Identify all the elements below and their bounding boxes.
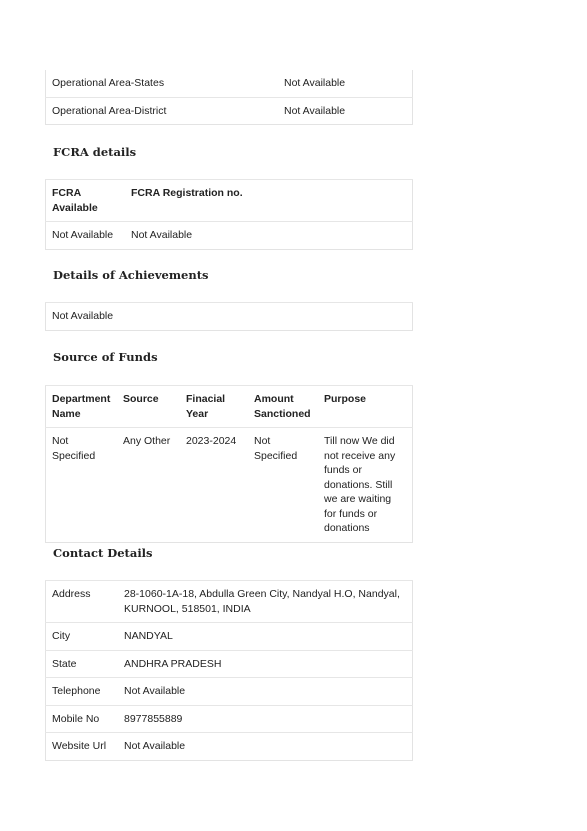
row-label: City: [46, 623, 119, 651]
row-label: Telephone: [46, 678, 119, 706]
table-header-row: FCRA Available FCRA Registration no.: [46, 180, 413, 222]
row-value: Not Available: [118, 678, 413, 706]
table-row: Not Available: [46, 303, 413, 331]
cell-amount: Not Specified: [248, 428, 318, 543]
cell-fcra-available: Not Available: [46, 222, 126, 250]
row-label: Operational Area-States: [46, 70, 279, 97]
funds-heading: Source of Funds: [53, 350, 158, 364]
row-value: Not Available: [278, 70, 413, 97]
header-purpose: Purpose: [318, 386, 413, 428]
fcra-table: FCRA Available FCRA Registration no. Not…: [45, 179, 413, 250]
header-year: Finacial Year: [180, 386, 248, 428]
operational-area-table: Operational Area-States Not Available Op…: [45, 70, 413, 125]
table-row: State ANDHRA PRADESH: [46, 650, 413, 678]
header-fcra-available: FCRA Available: [46, 180, 126, 222]
table-row: Mobile No 8977855889: [46, 705, 413, 733]
table-row: Address 28-1060-1A-18, Abdulla Green Cit…: [46, 581, 413, 623]
row-value: ANDHRA PRADESH: [118, 650, 413, 678]
funds-table: Department Name Source Finacial Year Amo…: [45, 385, 413, 543]
cell-fcra-registration: Not Available: [125, 222, 413, 250]
contact-heading: Contact Details: [53, 546, 153, 560]
header-fcra-registration: FCRA Registration no.: [125, 180, 413, 222]
table-row: Operational Area-District Not Available: [46, 97, 413, 125]
cell-department: Not Specified: [46, 428, 118, 543]
operational-area-table-wrap: Operational Area-States Not Available Op…: [45, 70, 413, 125]
achievements-table: Not Available: [45, 302, 413, 331]
fcra-heading: FCRA details: [53, 145, 136, 159]
row-value: Not Available: [278, 97, 413, 125]
header-department: Department Name: [46, 386, 118, 428]
achievements-heading: Details of Achievements: [53, 268, 209, 282]
header-amount: Amount Sanctioned: [248, 386, 318, 428]
table-row: Operational Area-States Not Available: [46, 70, 413, 97]
fcra-table-wrap: FCRA Available FCRA Registration no. Not…: [45, 179, 413, 250]
row-label: Address: [46, 581, 119, 623]
cell-source: Any Other: [117, 428, 180, 543]
header-source: Source: [117, 386, 180, 428]
cell-purpose: Till now We did not receive any funds or…: [318, 428, 413, 543]
row-label: Website Url: [46, 733, 119, 761]
cell-year: 2023-2024: [180, 428, 248, 543]
achievements-value: Not Available: [46, 303, 413, 331]
row-value: 28-1060-1A-18, Abdulla Green City, Nandy…: [118, 581, 413, 623]
row-value: NANDYAL: [118, 623, 413, 651]
row-label: State: [46, 650, 119, 678]
achievements-table-wrap: Not Available: [45, 302, 413, 331]
contact-table: Address 28-1060-1A-18, Abdulla Green Cit…: [45, 580, 413, 761]
row-label: Mobile No: [46, 705, 119, 733]
table-row: Not Available Not Available: [46, 222, 413, 250]
row-value: 8977855889: [118, 705, 413, 733]
contact-table-wrap: Address 28-1060-1A-18, Abdulla Green Cit…: [45, 580, 413, 761]
table-row: City NANDYAL: [46, 623, 413, 651]
funds-table-wrap: Department Name Source Finacial Year Amo…: [45, 385, 413, 543]
table-row: Telephone Not Available: [46, 678, 413, 706]
row-value: Not Available: [118, 733, 413, 761]
table-row: Website Url Not Available: [46, 733, 413, 761]
table-header-row: Department Name Source Finacial Year Amo…: [46, 386, 413, 428]
table-row: Not Specified Any Other 2023-2024 Not Sp…: [46, 428, 413, 543]
row-label: Operational Area-District: [46, 97, 279, 125]
